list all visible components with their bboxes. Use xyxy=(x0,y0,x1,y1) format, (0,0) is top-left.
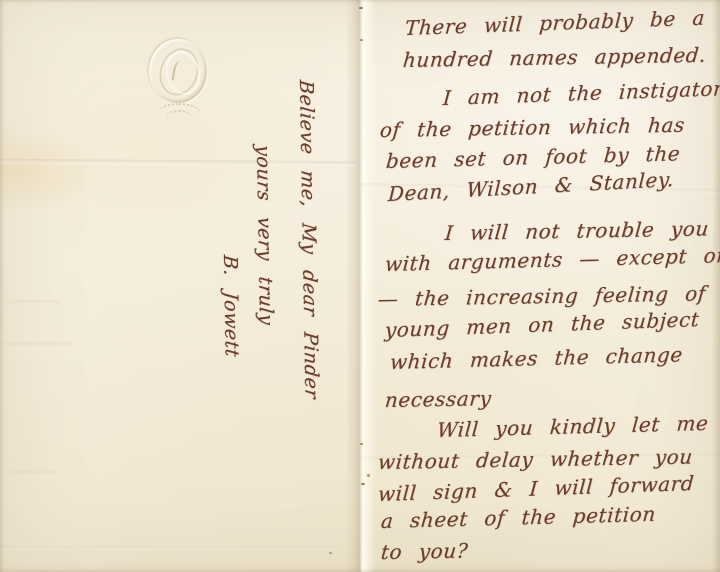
ink-speck xyxy=(361,483,365,485)
ink-showthrough xyxy=(4,342,72,345)
closing-line: Believe me, My dear Pinder xyxy=(296,79,321,421)
paper-left-edge xyxy=(0,0,4,572)
letter-line: to you? xyxy=(380,540,469,562)
letter-line: hundred names appended. xyxy=(402,45,707,70)
horizontal-crease-left-lower xyxy=(0,546,340,551)
letter-line: — the increasing feeling of xyxy=(377,283,707,309)
letter-line: without delay whether you xyxy=(377,446,694,472)
ink-speck xyxy=(359,7,363,9)
letter-line: of the petition which has xyxy=(379,115,686,140)
closing-line: yours very truly xyxy=(253,144,277,421)
center-fold-crease xyxy=(346,0,376,572)
closing-block: Believe me, My dear Pinder yours very tr… xyxy=(193,80,323,420)
ink-showthrough xyxy=(10,470,56,473)
signature: B. Jowett xyxy=(220,254,242,421)
paper-bottom-edge xyxy=(0,568,720,572)
ink-speck xyxy=(360,443,363,445)
scanned-letter: { "letter": { "ink_color": "#6e3b2b", "p… xyxy=(0,0,720,572)
ink-speck xyxy=(367,474,370,477)
letter-line: necessary xyxy=(384,388,492,410)
ink-speck xyxy=(360,39,363,41)
ink-speck xyxy=(329,552,332,554)
paper-top-edge xyxy=(0,0,720,3)
ink-showthrough xyxy=(8,300,60,303)
letter-line: I will not trouble you xyxy=(444,218,710,243)
seal-embossed-text-arc-2 xyxy=(166,110,192,117)
